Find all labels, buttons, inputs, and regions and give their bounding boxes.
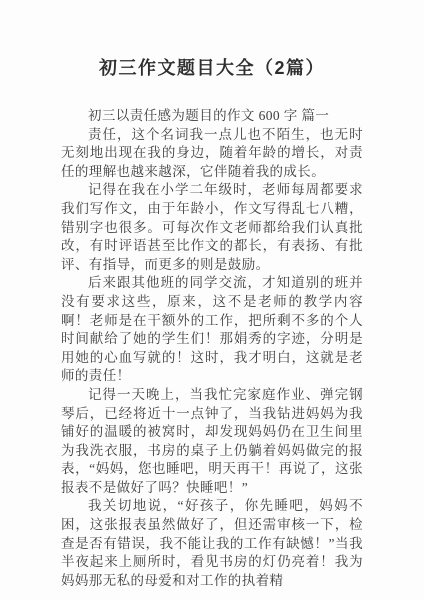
essay-subtitle: 初三以责任感为题目的作文 600 字 篇一	[61, 107, 363, 126]
page-number: - 1 -	[0, 552, 424, 562]
essay-paragraph: 记得一天晚上，当我忙完家庭作业、弹完钢琴后，已经将近十一点钟了，当我钻进妈妈为我…	[61, 386, 363, 498]
essay-paragraph: 责任，这个名词我一点儿也不陌生，也无时无刻地出现在我的身边，随着年龄的增长，对责…	[61, 126, 363, 182]
essay-paragraph: 记得在我在小学二年级时，老师每周都要求我们写作文，由于年龄小，作文写得乱七八糟，…	[61, 181, 363, 274]
essay-paragraph: 我关切地说，“好孩子，你先睡吧，妈妈不困，这张报表虽然做好了，但还需审核一下，检…	[61, 497, 363, 590]
document-page: 初三作文题目大全（2篇） 初三以责任感为题目的作文 600 字 篇一 责任，这个…	[0, 0, 424, 600]
essay-paragraph: 后来跟其他班的同学交流，才知道别的班并没有要求这些，原来，这不是老师的教学内容啊…	[61, 274, 363, 386]
page-title: 初三作文题目大全（2篇）	[0, 54, 424, 80]
essay-body: 初三以责任感为题目的作文 600 字 篇一 责任，这个名词我一点儿也不陌生，也无…	[61, 107, 363, 590]
